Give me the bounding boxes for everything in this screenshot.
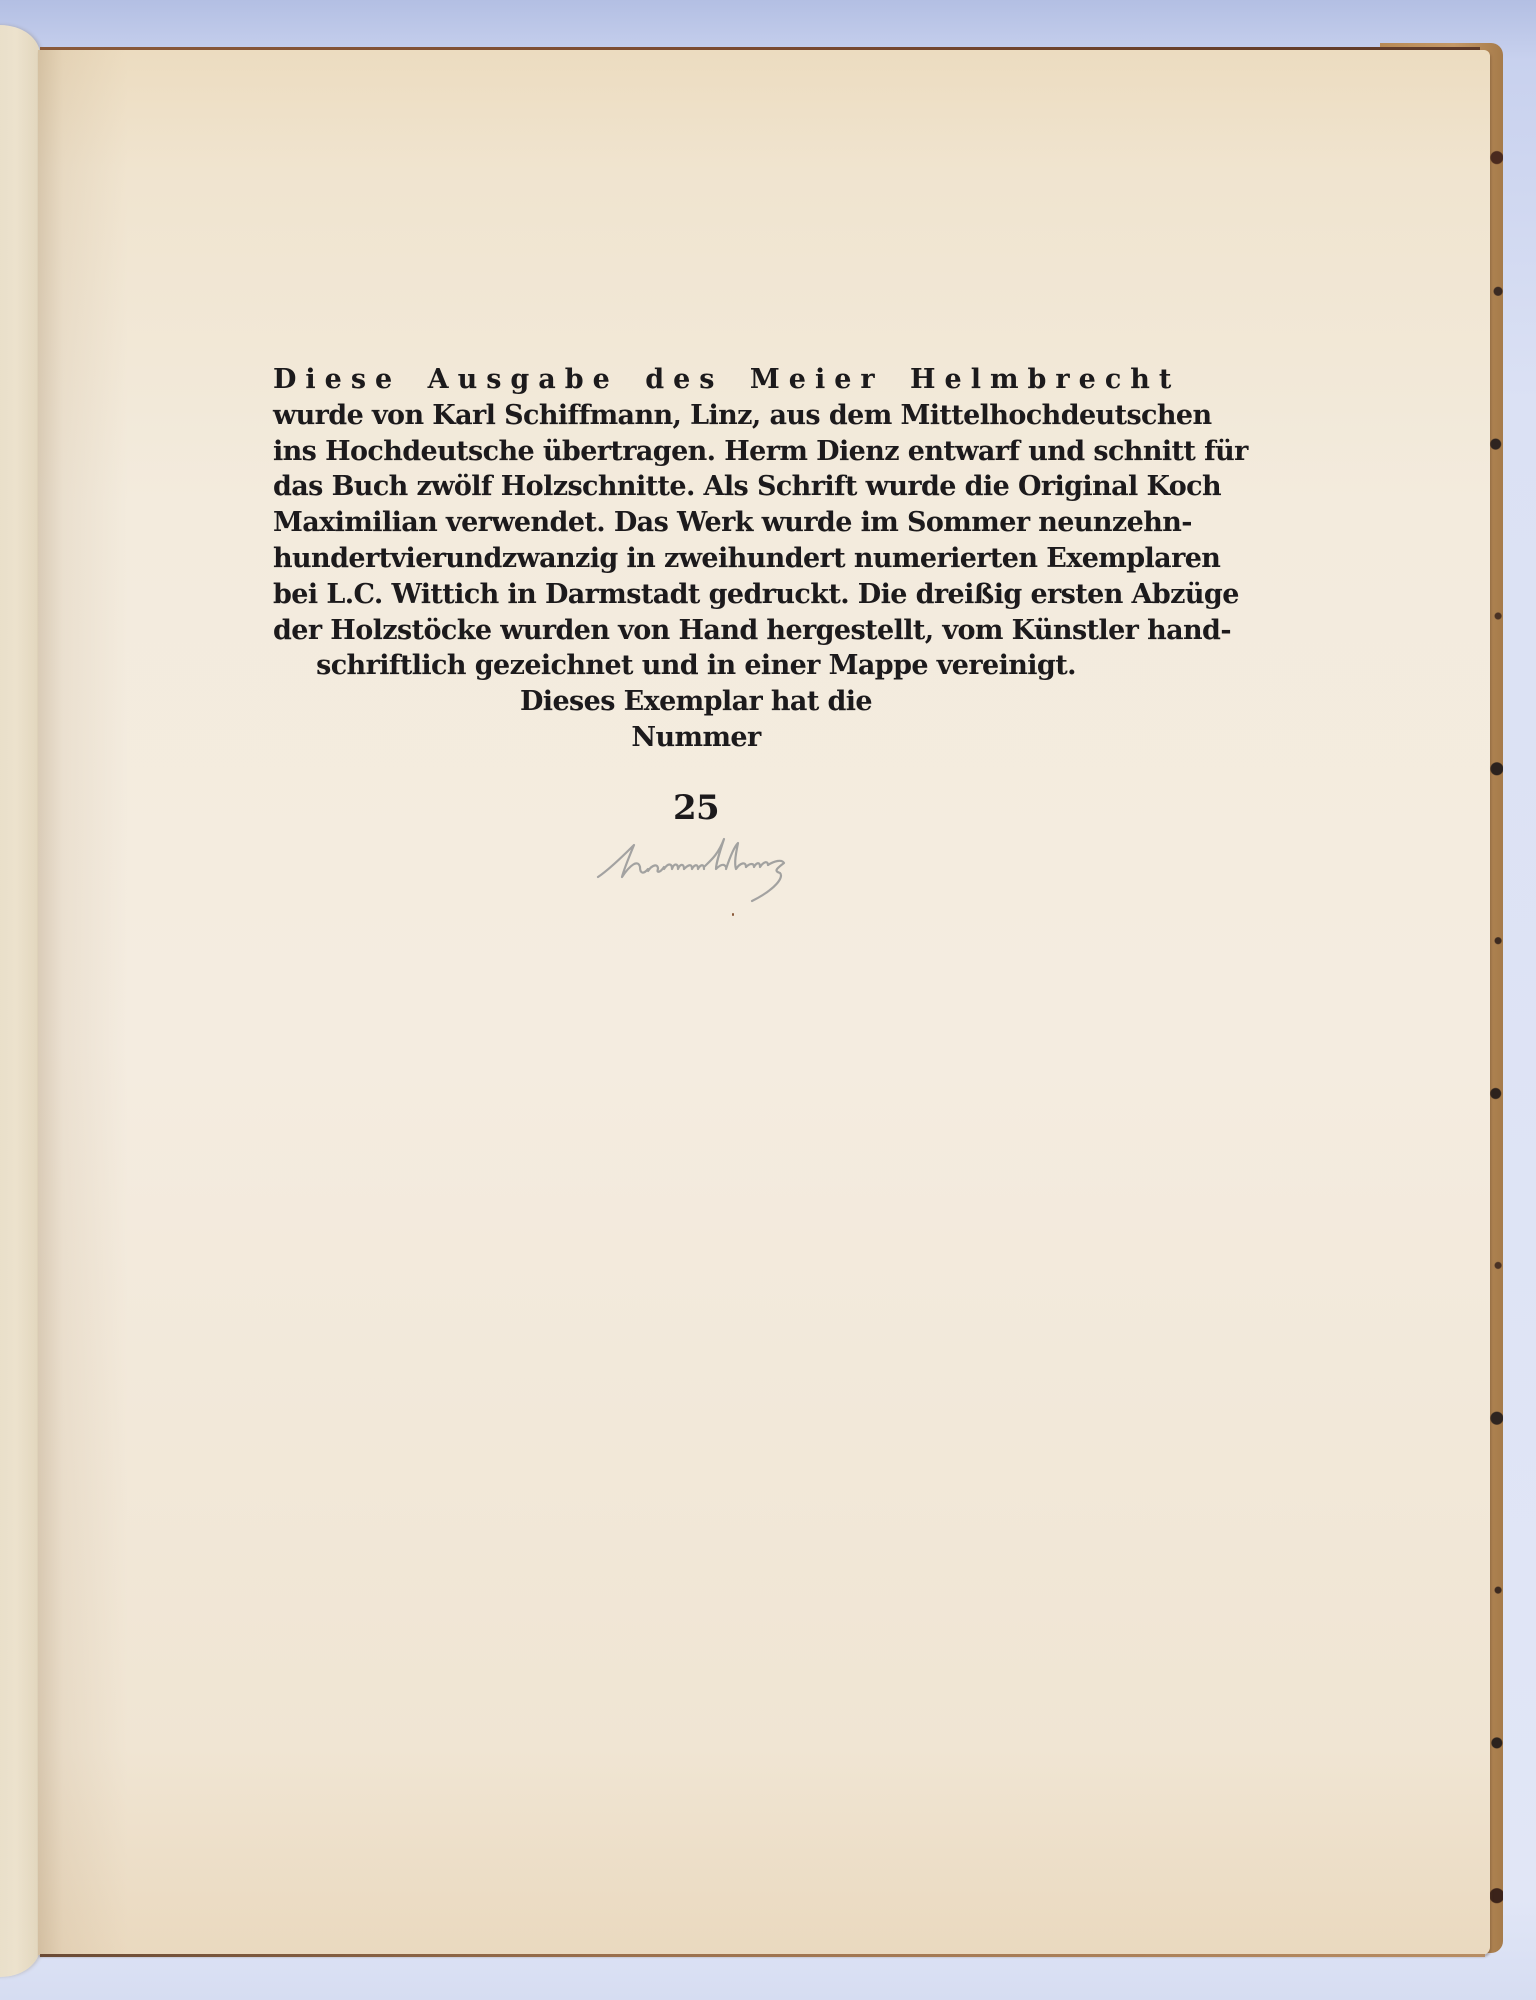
copy-number: 25 (273, 791, 1119, 827)
colophon-line: wurde von Karl Schiffmann, Linz, aus dem… (273, 398, 1119, 434)
colophon-line: das Buch zwölf Holzschnitte. Als Schrift… (273, 469, 1119, 505)
artist-signature: Herm Dienz (596, 833, 806, 908)
colophon-line: der Holzstöcke wurden von Hand hergestel… (273, 613, 1119, 649)
pencil-signature-icon (596, 833, 806, 908)
signature-text: Herm Dienz (596, 833, 597, 834)
colophon-line: ins Hochdeutsche übertragen. Herm Dienz … (273, 434, 1119, 470)
colophon-line: hundertvierundzwanzig in zweihundert num… (273, 541, 1119, 577)
colophon-line: schriftlich gezeichnet und in einer Mapp… (273, 648, 1119, 684)
numbering-line: Nummer (273, 720, 1119, 756)
colophon-text-block: Diese Ausgabe des Meier Helmbrecht wurde… (273, 362, 1119, 756)
colophon-line: bei L.C. Wittich in Darmstadt gedruckt. … (273, 577, 1119, 613)
page-bottom-edge (40, 1954, 1485, 1957)
paper-speck (732, 913, 734, 916)
colophon-line: Diese Ausgabe des Meier Helmbrecht (273, 362, 1119, 398)
colophon-line: Maximilian verwendet. Das Werk wurde im … (273, 505, 1119, 541)
colophon-page (38, 50, 1490, 1955)
numbering-line: Dieses Exemplar hat die (273, 684, 1119, 720)
previous-page-curl (0, 25, 40, 1977)
